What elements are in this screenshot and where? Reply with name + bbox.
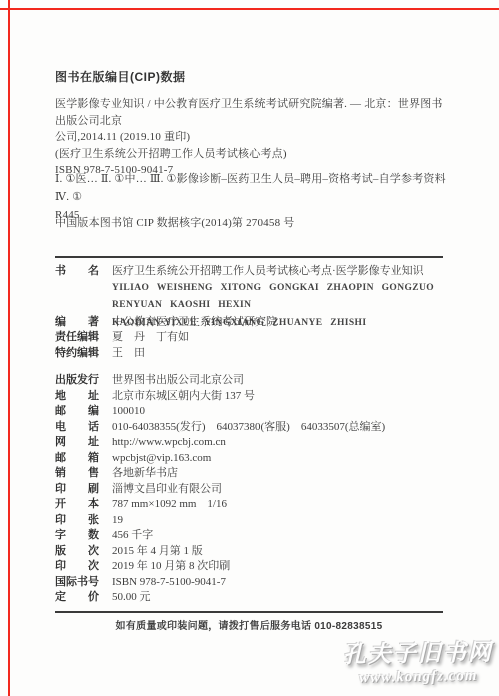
book-title-pinyin: YILIAO WEISHENG XITONG GONGKAI ZHAOPIN G… (112, 280, 455, 315)
scan-border-top-line (0, 8, 499, 10)
colophon-row-value: ISBN 978-7-5100-9041-7 (112, 575, 226, 591)
colophon-row-value: 王 田 (112, 346, 145, 362)
colophon-row: 特约编辑 王 田 (55, 346, 455, 362)
colophon-row: 印 刷 淄博文昌印业有限公司 (55, 482, 455, 498)
colophon-row: 地 址 北京市东城区朝内大街 137 号 (55, 389, 455, 405)
scan-border-left-line (8, 0, 10, 696)
colophon-row: 定 价 50.00 元 (55, 590, 455, 606)
colophon-row-value: 787 mm×1092 mm 1/16 (112, 497, 227, 513)
cip-classification-line: Ⅰ. ①医… Ⅱ. ①中… Ⅲ. ①影像诊断–医药卫生人员–聘用–资格考试–自学… (55, 170, 455, 206)
colophon-row-label: 编 著 (55, 315, 99, 331)
cip-entry-line: (医疗卫生系统公开招聘工作人员考试核心考点) (55, 146, 447, 163)
colophon-row: 电 话 010-64038355(发行) 64037380(客服) 640335… (55, 420, 455, 436)
colophon-row-label: 定 价 (55, 590, 99, 606)
colophon-row-value: 2015 年 4 月第 1 版 (112, 544, 203, 560)
colophon-row-label: 印 刷 (55, 482, 99, 498)
colophon-row-label: 销 售 (55, 466, 99, 482)
colophon-row-value: 50.00 元 (112, 590, 151, 606)
colophon-row-label: 邮 编 (55, 404, 99, 420)
cip-heading: 图书在版编目(CIP)数据 (55, 68, 186, 85)
colophon-row: 责任编辑 夏 丹 丁有如 (55, 330, 455, 346)
colophon-row-value: 456 千字 (112, 528, 153, 544)
colophon-row: 开 本 787 mm×1092 mm 1/16 (55, 497, 455, 513)
colophon-row: 邮 编 100010 (55, 404, 455, 420)
colophon-row-value: 2019 年 10 月第 8 次印刷 (112, 559, 230, 575)
cip-entry-line: 医学影像专业知识 / 中公教育医疗卫生系统考试研究院编著. — 北京：世界图书出… (55, 96, 447, 129)
colophon-row-label: 印 张 (55, 513, 99, 529)
kongfz-watermark: 孔夫子旧书网 www.kongfz.com (343, 634, 494, 688)
colophon-row: 印 张 19 (55, 513, 455, 529)
watermark-site-name: 孔夫子旧书网 (343, 634, 494, 670)
cip-entry-line: 公司,2014.11 (2019.10 重印) (55, 129, 447, 146)
colophon-row-label: 特约编辑 (55, 346, 99, 362)
cip-entry-block: 医学影像专业知识 / 中公教育医疗卫生系统考试研究院编著. — 北京：世界图书出… (55, 96, 447, 179)
colophon-row-label: 字 数 (55, 528, 99, 544)
colophon-row-label: 开 本 (55, 497, 99, 513)
colophon-row-value: 世界图书出版公司北京公司 (112, 373, 244, 389)
colophon-row-value: 中公教育医疗卫生系统考试研究院 (112, 315, 277, 331)
colophon-row-label: 地 址 (55, 389, 99, 405)
pinyin-line: YILIAO WEISHENG XITONG GONGKAI ZHAOPIN G… (112, 280, 455, 315)
colophon-row-value: 010-64038355(发行) 64037380(客服) 64033507(总… (112, 420, 385, 436)
colophon-row: 版 次 2015 年 4 月第 1 版 (55, 544, 455, 560)
colophon-row: 出版发行 世界图书出版公司北京公司 (55, 373, 455, 389)
colophon-row-label: 邮 箱 (55, 451, 99, 467)
colophon-row-label: 电 话 (55, 420, 99, 436)
colophon-table: 书 名 医疗卫生系统公开招聘工作人员考试核心考点·医学影像专业知识 YILIAO… (55, 264, 455, 606)
colophon-row-label: 国际书号 (55, 575, 99, 591)
colophon-row-value: http://www.wpcbj.com.cn (112, 435, 226, 451)
colophon-row-value: 淄博文昌印业有限公司 (112, 482, 222, 498)
colophon-row-label: 出版发行 (55, 373, 99, 389)
colophon-row: 编 著 中公教育医疗卫生系统考试研究院 (55, 315, 455, 331)
colophon-row-value: wpcbjst@vip.163.com (112, 451, 211, 467)
colophon-row-label: 责任编辑 (55, 330, 99, 346)
colophon-row: 销 售 各地新华书店 (55, 466, 455, 482)
colophon-row: 网 址 http://www.wpcbj.com.cn (55, 435, 455, 451)
colophon-row: 字 数 456 千字 (55, 528, 455, 544)
divider-bottom (55, 611, 443, 613)
colophon-row-value: 各地新华书店 (112, 466, 178, 482)
colophon-row-value: 医疗卫生系统公开招聘工作人员考试核心考点·医学影像专业知识 (112, 264, 424, 280)
colophon-row: 国际书号 ISBN 978-7-5100-9041-7 (55, 575, 455, 591)
cip-record-number: 中国版本图书馆 CIP 数据核字(2014)第 270458 号 (55, 214, 294, 230)
colophon-row: 邮 箱 wpcbjst@vip.163.com (55, 451, 455, 467)
colophon-row-label: 网 址 (55, 435, 99, 451)
colophon-row-label: 版 次 (55, 544, 99, 560)
colophon-row: 印 次 2019 年 10 月第 8 次印刷 (55, 559, 455, 575)
divider-top (55, 256, 443, 258)
copyright-page: { "colors": { "scan_mark_red": "#f2281d"… (0, 0, 499, 696)
colophon-row-value: 19 (112, 513, 123, 529)
colophon-row: 书 名 医疗卫生系统公开招聘工作人员考试核心考点·医学影像专业知识 (55, 264, 455, 280)
service-note: 如有质量或印装问题，请拨打售后服务电话 010-82838515 (55, 617, 443, 632)
colophon-row-value: 100010 (112, 404, 145, 420)
colophon-row-label: 书 名 (55, 264, 99, 280)
colophon-row-label: 印 次 (55, 559, 99, 575)
colophon-row-value: 北京市东城区朝内大街 137 号 (112, 389, 255, 405)
colophon-row-value: 夏 丹 丁有如 (112, 330, 189, 346)
watermark-site-url: www.kongfz.com (343, 668, 493, 688)
